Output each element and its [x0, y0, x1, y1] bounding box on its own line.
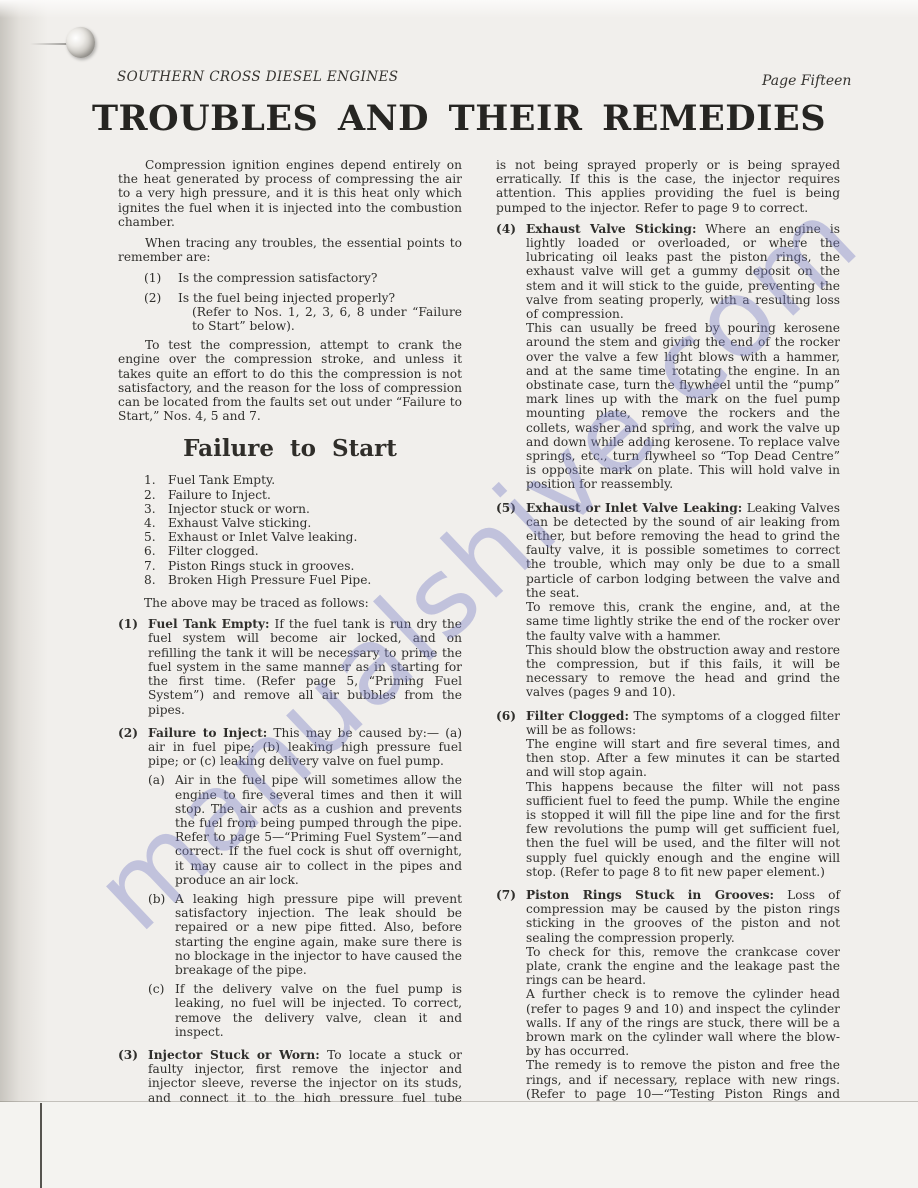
sub-item-label: (b) — [148, 892, 175, 977]
item-paragraph: A further check is to remove the cylinde… — [526, 987, 840, 1058]
intro-paragraph-1: Compression ignition engines depend enti… — [118, 158, 462, 229]
bottom-left-edge-line — [40, 1103, 42, 1188]
item-lead-text: Where an engine is lightly loaded or ove… — [526, 222, 840, 321]
list-item-number: 7. — [144, 559, 168, 573]
item-number: (2) — [118, 726, 148, 1039]
list-item-text: Fuel Tank Empty. — [168, 473, 275, 487]
list-item-text: Piston Rings stuck in grooves. — [168, 559, 354, 573]
point-number: (1) — [144, 271, 178, 285]
trouble-item-1-fuel-tank-empty: (1) Fuel Tank Empty: If the fuel tank is… — [118, 617, 462, 716]
point-text: Is the fuel being injected properly? (Re… — [178, 291, 462, 334]
list-item-number: 3. — [144, 502, 168, 516]
item-title: Piston Rings Stuck in Grooves: — [526, 888, 774, 902]
item-number: (4) — [496, 222, 526, 492]
list-item: 8.Broken High Pressure Fuel Pipe. — [144, 573, 462, 587]
sub-item-a: (a) Air in the fuel pipe will sometimes … — [148, 773, 462, 887]
paper-fastener — [63, 24, 99, 61]
point-note: (Refer to Nos. 1, 2, 3, 6, 8 under “Fail… — [192, 305, 462, 333]
list-item-number: 5. — [144, 530, 168, 544]
list-item: 4.Exhaust Valve sticking. — [144, 516, 462, 530]
trouble-item-2-failure-to-inject: (2) Failure to Inject: This may be cause… — [118, 726, 462, 1039]
item-title: Failure to Inject: — [148, 726, 267, 740]
item-paragraph: This can usually be freed by pouring ker… — [526, 321, 840, 491]
list-item-text: Filter clogged. — [168, 544, 259, 558]
item-title: Exhaust Valve Sticking: — [526, 222, 696, 236]
sub-item-label: (c) — [148, 982, 175, 1039]
item-paragraph: To remove this, crank the engine, and, a… — [526, 600, 840, 643]
item-number: (6) — [496, 709, 526, 879]
list-item-number: 8. — [144, 573, 168, 587]
item-number: (1) — [118, 617, 148, 716]
failure-to-start-list: 1.Fuel Tank Empty. 2.Failure to Inject. … — [118, 473, 462, 587]
item-3-continuation-paragraph: is not being sprayed properly or is bein… — [496, 158, 840, 215]
sub-item-text: A leaking high pressure pipe will preven… — [175, 892, 462, 977]
list-item-text: Exhaust or Inlet Valve leaking. — [168, 530, 357, 544]
item-paragraph: The engine will start and fire several t… — [526, 737, 840, 780]
list-item-text: Injector stuck or worn. — [168, 502, 310, 516]
scanned-manual-page: SOUTHERN CROSS DIESEL ENGINES Page Fifte… — [0, 0, 918, 1188]
left-column: Compression ignition engines depend enti… — [118, 158, 462, 1142]
list-item: 6.Filter clogged. — [144, 544, 462, 558]
page-left-edge-shadow — [0, 0, 48, 1188]
item-paragraph: This should blow the obstruction away an… — [526, 643, 840, 700]
section-heading-failure-to-start: Failure to Start — [118, 436, 462, 462]
list-item-number: 1. — [144, 473, 168, 487]
sub-item-c: (c) If the delivery valve on the fuel pu… — [148, 982, 462, 1039]
list-item: 7.Piston Rings stuck in grooves. — [144, 559, 462, 573]
item-paragraph: To check for this, remove the crankcase … — [526, 945, 840, 988]
point-text: Is the compression satisfactory? — [178, 271, 377, 285]
sub-item-label: (a) — [148, 773, 175, 887]
intro-paragraph-3: To test the compression, attempt to cran… — [118, 338, 462, 423]
list-item: 2.Failure to Inject. — [144, 488, 462, 502]
list-item-number: 4. — [144, 516, 168, 530]
point-number: (2) — [144, 291, 178, 334]
essential-point: (1) Is the compression satisfactory? — [118, 271, 462, 285]
below-crease-area — [0, 1102, 918, 1188]
trouble-item-7-piston-rings-stuck-in-grooves: (7) Piston Rings Stuck in Grooves: Loss … — [496, 888, 840, 1115]
traced-as-follows-line: The above may be traced as follows: — [118, 596, 462, 610]
list-item-number: 2. — [144, 488, 168, 502]
list-item-text: Exhaust Valve sticking. — [168, 516, 311, 530]
right-column: is not being sprayed properly or is bein… — [496, 158, 840, 1142]
trouble-item-6-filter-clogged: (6) Filter Clogged: The symptoms of a cl… — [496, 709, 840, 879]
sub-item-text: Air in the fuel pipe will sometimes allo… — [175, 773, 462, 887]
item-title: Fuel Tank Empty: — [148, 617, 270, 631]
list-item: 3.Injector stuck or worn. — [144, 502, 462, 516]
running-header-title: SOUTHERN CROSS DIESEL ENGINES — [117, 69, 398, 85]
sub-item-text: If the delivery valve on the fuel pump i… — [175, 982, 462, 1039]
fastener-wire-line — [30, 43, 68, 45]
item-paragraph: This happens because the filter will not… — [526, 780, 840, 879]
page-number-label: Page Fifteen — [762, 73, 851, 89]
item-body: Exhaust Valve Sticking: Where an engine … — [526, 222, 840, 492]
trouble-item-5-exhaust-or-inlet-valve-leaking: (5) Exhaust or Inlet Valve Leaking: Leak… — [496, 501, 840, 700]
item-body: Piston Rings Stuck in Grooves: Loss of c… — [526, 888, 840, 1115]
list-item: 1.Fuel Tank Empty. — [144, 473, 462, 487]
item-title: Exhaust or Inlet Valve Leaking: — [526, 501, 742, 515]
page-top-edge-highlight — [0, 0, 918, 18]
item-body: Fuel Tank Empty: If the fuel tank is run… — [148, 617, 462, 716]
sub-item-b: (b) A leaking high pressure pipe will pr… — [148, 892, 462, 977]
item-number: (7) — [496, 888, 526, 1115]
item-title: Injector Stuck or Worn: — [148, 1048, 320, 1062]
item-number: (5) — [496, 501, 526, 700]
item-title: Filter Clogged: — [526, 709, 629, 723]
list-item-text: Failure to Inject. — [168, 488, 271, 502]
list-item-number: 6. — [144, 544, 168, 558]
list-item-text: Broken High Pressure Fuel Pipe. — [168, 573, 371, 587]
item-body: Exhaust or Inlet Valve Leaking: Leaking … — [526, 501, 840, 700]
page-title: TROUBLES AND THEIR REMEDIES — [0, 98, 918, 139]
two-column-body: Compression ignition engines depend enti… — [118, 158, 840, 1142]
trouble-item-4-exhaust-valve-sticking: (4) Exhaust Valve Sticking: Where an eng… — [496, 222, 840, 492]
item-lead-text: Leaking Valves can be detected by the so… — [526, 501, 840, 600]
item-lead-text: If the fuel tank is run dry the fuel sys… — [148, 617, 462, 716]
intro-paragraph-2: When tracing any troubles, the essential… — [118, 236, 462, 264]
list-item: 5.Exhaust or Inlet Valve leaking. — [144, 530, 462, 544]
item-body: Failure to Inject: This may be caused by… — [148, 726, 462, 1039]
item-body: Filter Clogged: The symptoms of a clogge… — [526, 709, 840, 879]
essential-point: (2) Is the fuel being injected properly?… — [118, 291, 462, 334]
